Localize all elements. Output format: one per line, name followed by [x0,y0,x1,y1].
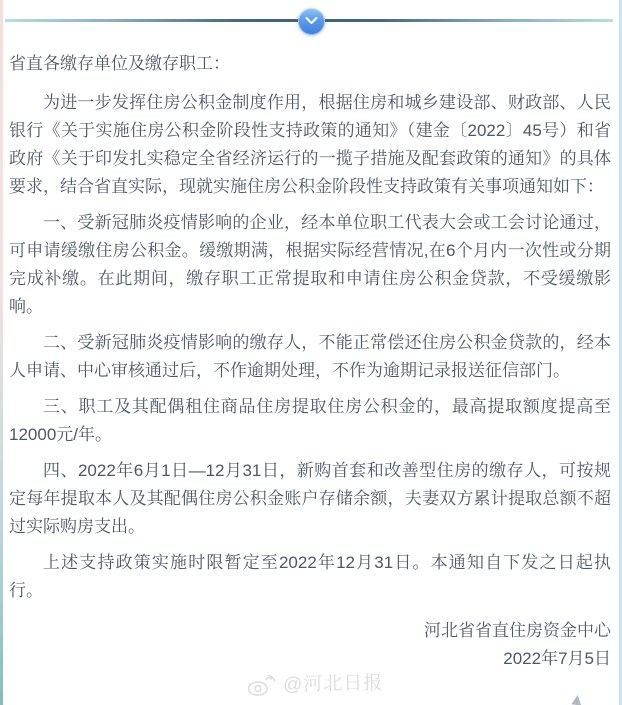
notice-paragraph-intro: 为进一步发挥住房公积金制度作用，根据住房和城乡建设部、财政部、人民银行《关于实施… [9,89,611,201]
watermark: @河北日报 [246,668,384,697]
notice-paragraph-3: 三、职工及其配偶租住商品住房提取住房公积金的，最高提取额度提高至12000元/年… [9,393,611,449]
notice-paragraph-1: 一、受新冠肺炎疫情影响的企业，经本单位职工代表大会或工会讨论通过，可申请缓缴住房… [9,209,611,321]
notice-body: 省直各缴存单位及缴存职工： 为进一步发挥住房公积金制度作用，根据住房和城乡建设部… [3,0,619,673]
clipped-pointer-mark [571,694,582,705]
notice-paragraph-4: 四、2022年6月1日—12月31日，新购首套和改善型住房的缴存人，可按规定每年… [9,457,611,541]
signature: 河北省省直住房资金中心 [9,617,611,645]
watermark-label: @河北日报 [283,668,384,697]
notice-paragraph-closing: 上述支持政策实施时限暂定至2022年12月31日。本通知自下发之日起执行。 [9,549,611,605]
notice-page: { "page": { "background": "#ffffff", "te… [0,0,622,705]
notice-paragraph-2: 二、受新冠肺炎疫情影响的缴存人，不能正常偿还住房公积金贷款的，经本人申请、中心审… [9,329,611,385]
weibo-icon [246,670,276,697]
salutation: 省直各缴存单位及缴存职工： [9,50,611,78]
signature-block: 河北省省直住房资金中心 2022年7月5日 [9,617,611,673]
